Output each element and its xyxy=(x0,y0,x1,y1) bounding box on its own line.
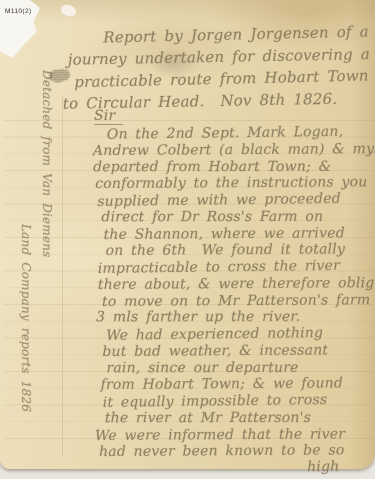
salutation-text: Sir xyxy=(94,108,123,125)
b-line: departed from Hobart Town; & xyxy=(93,158,375,175)
b-line: high xyxy=(95,458,375,479)
salutation: Sir xyxy=(94,108,123,124)
b-line: supplied me with we proceeded xyxy=(93,190,375,211)
report-heading: Report by Jorgen Jorgensen of ajourney u… xyxy=(57,20,371,115)
b-line: but bad weather, & incessant xyxy=(94,342,375,361)
margin-rule xyxy=(62,96,63,457)
archive-reference-label: M110(2) xyxy=(5,8,32,15)
b-line: to move on to Mr Patterson's farm xyxy=(94,291,375,310)
b-line: there about, & were therefore obliged xyxy=(94,275,375,294)
b-line: 3 mls farther up the river. xyxy=(94,309,375,326)
b-line: Andrew Colbert (a black man) & myself xyxy=(93,141,375,160)
torn-speck xyxy=(60,3,77,17)
report-body: On the 2nd Sept. Mark Logan,Andrew Colbe… xyxy=(93,124,375,478)
b-line: the river at Mr Patterson's xyxy=(95,409,375,426)
b-line: direct for Dr Ross's Farm on xyxy=(93,208,375,225)
margin-note-line: Detached from Van Diemens xyxy=(40,70,54,258)
scanned-document: Detached from Van Diemens Land Company r… xyxy=(0,0,375,479)
b-line: it equally impossible to cross xyxy=(95,391,375,412)
manuscript-paper: Detached from Van Diemens Land Company r… xyxy=(0,0,375,469)
b-line: rain, since our departure xyxy=(94,359,375,376)
margin-note-line: Land Company reports 1826 xyxy=(19,224,33,412)
